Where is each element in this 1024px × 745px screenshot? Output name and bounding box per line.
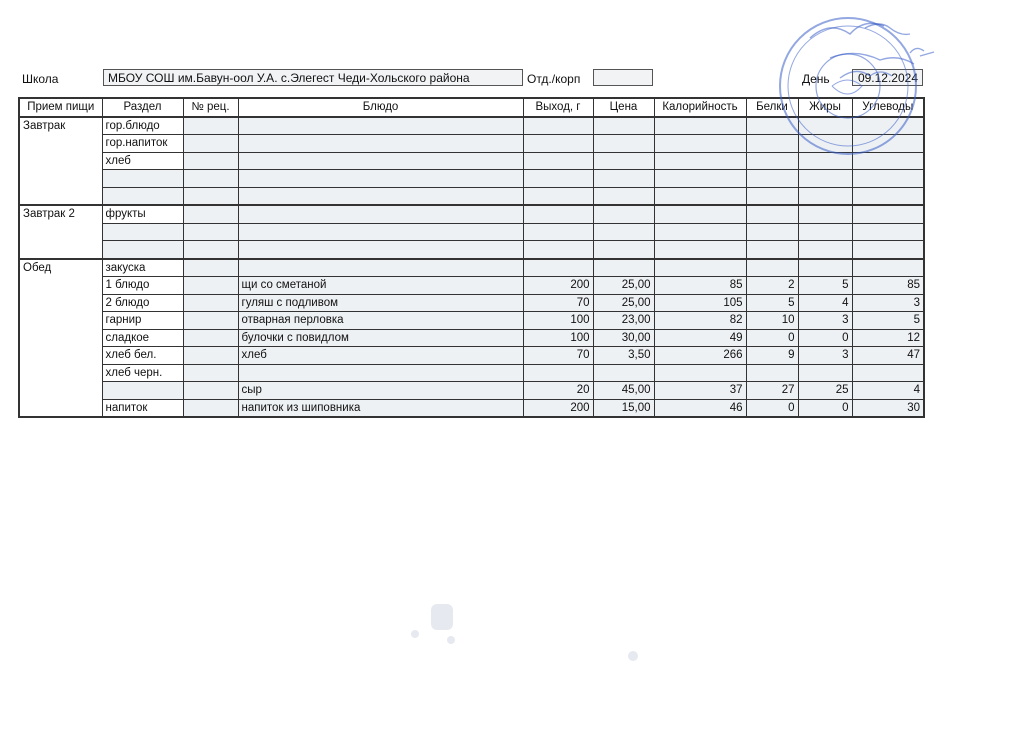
section-cell[interactable]: гор.напиток	[102, 135, 183, 153]
table-row	[19, 187, 924, 205]
price-cell[interactable]	[593, 135, 654, 153]
price-cell[interactable]	[593, 187, 654, 205]
section-cell[interactable]	[102, 382, 183, 400]
dish-cell[interactable]: гуляш с подливом	[238, 294, 523, 312]
calories-cell[interactable]: 37	[654, 382, 746, 400]
section-cell[interactable]	[102, 241, 183, 259]
column-header-fat: Жиры	[798, 98, 852, 117]
recipe-cell[interactable]	[183, 205, 238, 223]
column-header-carbs: Углеводы	[852, 98, 924, 117]
carbs-cell[interactable]: 85	[852, 277, 924, 295]
recipe-cell[interactable]	[183, 170, 238, 188]
table-row	[19, 223, 924, 241]
dish-cell[interactable]: сыр	[238, 382, 523, 400]
school-label: Школа	[22, 72, 58, 86]
fat-cell[interactable]: 3	[798, 312, 852, 330]
price-cell[interactable]: 45,00	[593, 382, 654, 400]
yield-cell[interactable]	[523, 187, 593, 205]
fat-cell[interactable]	[798, 135, 852, 153]
recipe-cell[interactable]	[183, 277, 238, 295]
table-row: Завтракгор.блюдо	[19, 117, 924, 135]
recipe-cell[interactable]	[183, 259, 238, 277]
carbs-cell[interactable]	[852, 223, 924, 241]
fat-cell[interactable]	[798, 170, 852, 188]
carbs-cell[interactable]	[852, 259, 924, 277]
calories-cell[interactable]	[654, 205, 746, 223]
carbs-cell[interactable]: 30	[852, 399, 924, 417]
recipe-cell[interactable]	[183, 187, 238, 205]
meal-cell: Завтрак 2	[19, 205, 102, 259]
scan-artifact-icon	[405, 600, 645, 670]
yield-cell[interactable]	[523, 152, 593, 170]
dish-cell[interactable]: напиток из шиповника	[238, 399, 523, 417]
recipe-cell[interactable]	[183, 223, 238, 241]
price-cell[interactable]: 23,00	[593, 312, 654, 330]
yield-cell[interactable]	[523, 241, 593, 259]
protein-cell[interactable]	[746, 170, 798, 188]
carbs-cell[interactable]: 12	[852, 329, 924, 347]
table-row: хлеб бел.хлеб703,502669347	[19, 347, 924, 365]
carbs-cell[interactable]	[852, 170, 924, 188]
dish-cell[interactable]: щи со сметаной	[238, 277, 523, 295]
table-row: сыр2045,003727254	[19, 382, 924, 400]
branch-field[interactable]	[593, 69, 653, 86]
table-row: хлеб	[19, 152, 924, 170]
column-header-yield: Выход, г	[523, 98, 593, 117]
table-header-row: Прием пищиРаздел№ рец.БлюдоВыход, гЦенаК…	[19, 98, 924, 117]
price-cell[interactable]	[593, 170, 654, 188]
column-header-meal: Прием пищи	[19, 98, 102, 117]
carbs-cell[interactable]	[852, 117, 924, 135]
table-row: Обедзакуска	[19, 259, 924, 277]
recipe-cell[interactable]	[183, 399, 238, 417]
protein-cell[interactable]: 5	[746, 294, 798, 312]
school-field[interactable]: МБОУ СОШ им.Бавун-оол У.А. с.Элегест Чед…	[103, 69, 523, 86]
yield-cell[interactable]	[523, 205, 593, 223]
fat-cell[interactable]: 3	[798, 347, 852, 365]
day-field[interactable]: 09.12.2024	[852, 69, 923, 86]
protein-cell[interactable]: 9	[746, 347, 798, 365]
meal-cell: Обед	[19, 259, 102, 418]
recipe-cell[interactable]	[183, 364, 238, 382]
recipe-cell[interactable]	[183, 312, 238, 330]
recipe-cell[interactable]	[183, 152, 238, 170]
carbs-cell[interactable]	[852, 135, 924, 153]
protein-cell[interactable]: 0	[746, 399, 798, 417]
dish-cell[interactable]	[238, 205, 523, 223]
price-cell[interactable]: 30,00	[593, 329, 654, 347]
protein-cell[interactable]	[746, 241, 798, 259]
section-cell[interactable]: напиток	[102, 399, 183, 417]
price-cell[interactable]	[593, 117, 654, 135]
fat-cell[interactable]: 5	[798, 277, 852, 295]
column-header-calories: Калорийность	[654, 98, 746, 117]
yield-cell[interactable]: 200	[523, 277, 593, 295]
protein-cell[interactable]	[746, 223, 798, 241]
price-cell[interactable]	[593, 259, 654, 277]
fat-cell[interactable]	[798, 364, 852, 382]
protein-cell[interactable]	[746, 205, 798, 223]
calories-cell[interactable]: 82	[654, 312, 746, 330]
protein-cell[interactable]	[746, 187, 798, 205]
price-cell[interactable]: 15,00	[593, 399, 654, 417]
price-cell[interactable]	[593, 152, 654, 170]
section-cell[interactable]: гарнир	[102, 312, 183, 330]
fat-cell[interactable]	[798, 241, 852, 259]
protein-cell[interactable]	[746, 135, 798, 153]
protein-cell[interactable]	[746, 259, 798, 277]
price-cell[interactable]	[593, 205, 654, 223]
column-header-recipe: № рец.	[183, 98, 238, 117]
table-row: гарниротварная перловка10023,00821035	[19, 312, 924, 330]
recipe-cell[interactable]	[183, 117, 238, 135]
menu-table: Прием пищиРаздел№ рец.БлюдоВыход, гЦенаК…	[18, 97, 925, 418]
protein-cell[interactable]: 10	[746, 312, 798, 330]
table-row: напитокнапиток из шиповника20015,0046003…	[19, 399, 924, 417]
recipe-cell[interactable]	[183, 294, 238, 312]
yield-cell[interactable]: 200	[523, 399, 593, 417]
section-cell[interactable]: хлеб черн.	[102, 364, 183, 382]
dish-cell[interactable]	[238, 259, 523, 277]
dish-cell[interactable]	[238, 135, 523, 153]
fat-cell[interactable]	[798, 259, 852, 277]
column-header-protein: Белки	[746, 98, 798, 117]
yield-cell[interactable]: 70	[523, 347, 593, 365]
yield-cell[interactable]: 20	[523, 382, 593, 400]
carbs-cell[interactable]: 5	[852, 312, 924, 330]
protein-cell[interactable]: 0	[746, 329, 798, 347]
day-label: День	[802, 72, 830, 86]
table-row	[19, 241, 924, 259]
carbs-cell[interactable]	[852, 241, 924, 259]
calories-cell[interactable]	[654, 117, 746, 135]
fat-cell[interactable]: 0	[798, 399, 852, 417]
price-cell[interactable]	[593, 241, 654, 259]
protein-cell[interactable]	[746, 364, 798, 382]
fat-cell[interactable]	[798, 205, 852, 223]
price-cell[interactable]	[593, 223, 654, 241]
yield-cell[interactable]: 100	[523, 329, 593, 347]
yield-cell[interactable]	[523, 223, 593, 241]
recipe-cell[interactable]	[183, 382, 238, 400]
dish-cell[interactable]: булочки с повидлом	[238, 329, 523, 347]
yield-cell[interactable]	[523, 117, 593, 135]
yield-cell[interactable]: 100	[523, 312, 593, 330]
carbs-cell[interactable]	[852, 364, 924, 382]
table-row: 1 блюдощи со сметаной20025,00852585	[19, 277, 924, 295]
dish-cell[interactable]	[238, 152, 523, 170]
dish-cell[interactable]: отварная перловка	[238, 312, 523, 330]
calories-cell[interactable]	[654, 241, 746, 259]
fat-cell[interactable]	[798, 152, 852, 170]
protein-cell[interactable]: 27	[746, 382, 798, 400]
carbs-cell[interactable]	[852, 187, 924, 205]
section-cell[interactable]: сладкое	[102, 329, 183, 347]
carbs-cell[interactable]: 47	[852, 347, 924, 365]
calories-cell[interactable]: 85	[654, 277, 746, 295]
section-cell[interactable]	[102, 170, 183, 188]
table-row: гор.напиток	[19, 135, 924, 153]
calories-cell[interactable]	[654, 364, 746, 382]
fat-cell[interactable]: 4	[798, 294, 852, 312]
calories-cell[interactable]: 266	[654, 347, 746, 365]
section-cell[interactable]: фрукты	[102, 205, 183, 223]
calories-cell[interactable]: 49	[654, 329, 746, 347]
section-cell[interactable]: 1 блюдо	[102, 277, 183, 295]
yield-cell[interactable]	[523, 170, 593, 188]
calories-cell[interactable]	[654, 135, 746, 153]
carbs-cell[interactable]: 3	[852, 294, 924, 312]
fat-cell[interactable]: 25	[798, 382, 852, 400]
table-row	[19, 170, 924, 188]
section-cell[interactable]: 2 блюдо	[102, 294, 183, 312]
calories-cell[interactable]	[654, 152, 746, 170]
price-cell[interactable]: 3,50	[593, 347, 654, 365]
carbs-cell[interactable]	[852, 205, 924, 223]
dish-cell[interactable]	[238, 241, 523, 259]
recipe-cell[interactable]	[183, 329, 238, 347]
yield-cell[interactable]: 70	[523, 294, 593, 312]
dish-cell[interactable]	[238, 223, 523, 241]
meal-cell: Завтрак	[19, 117, 102, 206]
fat-cell[interactable]	[798, 223, 852, 241]
calories-cell[interactable]	[654, 223, 746, 241]
price-cell[interactable]	[593, 364, 654, 382]
recipe-cell[interactable]	[183, 241, 238, 259]
dish-cell[interactable]: хлеб	[238, 347, 523, 365]
column-header-dish: Блюдо	[238, 98, 523, 117]
section-cell[interactable]: закуска	[102, 259, 183, 277]
price-cell[interactable]: 25,00	[593, 277, 654, 295]
calories-cell[interactable]: 105	[654, 294, 746, 312]
column-header-price: Цена	[593, 98, 654, 117]
yield-cell[interactable]	[523, 364, 593, 382]
section-cell[interactable]	[102, 187, 183, 205]
table-row: 2 блюдогуляш с подливом7025,00105543	[19, 294, 924, 312]
column-header-section: Раздел	[102, 98, 183, 117]
dish-cell[interactable]	[238, 170, 523, 188]
dish-cell[interactable]	[238, 117, 523, 135]
table-row: хлеб черн.	[19, 364, 924, 382]
dish-cell[interactable]	[238, 364, 523, 382]
recipe-cell[interactable]	[183, 347, 238, 365]
calories-cell[interactable]	[654, 187, 746, 205]
section-cell[interactable]: хлеб	[102, 152, 183, 170]
protein-cell[interactable]	[746, 152, 798, 170]
protein-cell[interactable]	[746, 117, 798, 135]
table-row: Завтрак 2фрукты	[19, 205, 924, 223]
dish-cell[interactable]	[238, 187, 523, 205]
fat-cell[interactable]	[798, 187, 852, 205]
calories-cell[interactable]: 46	[654, 399, 746, 417]
fat-cell[interactable]	[798, 117, 852, 135]
section-cell[interactable]	[102, 223, 183, 241]
calories-cell[interactable]	[654, 170, 746, 188]
section-cell[interactable]: хлеб бел.	[102, 347, 183, 365]
branch-label: Отд./корп	[527, 72, 580, 86]
table-row: сладкоебулочки с повидлом10030,00490012	[19, 329, 924, 347]
calories-cell[interactable]	[654, 259, 746, 277]
fat-cell[interactable]: 0	[798, 329, 852, 347]
section-cell[interactable]: гор.блюдо	[102, 117, 183, 135]
recipe-cell[interactable]	[183, 135, 238, 153]
protein-cell[interactable]: 2	[746, 277, 798, 295]
yield-cell[interactable]	[523, 135, 593, 153]
price-cell[interactable]: 25,00	[593, 294, 654, 312]
carbs-cell[interactable]: 4	[852, 382, 924, 400]
carbs-cell[interactable]	[852, 152, 924, 170]
yield-cell[interactable]	[523, 259, 593, 277]
